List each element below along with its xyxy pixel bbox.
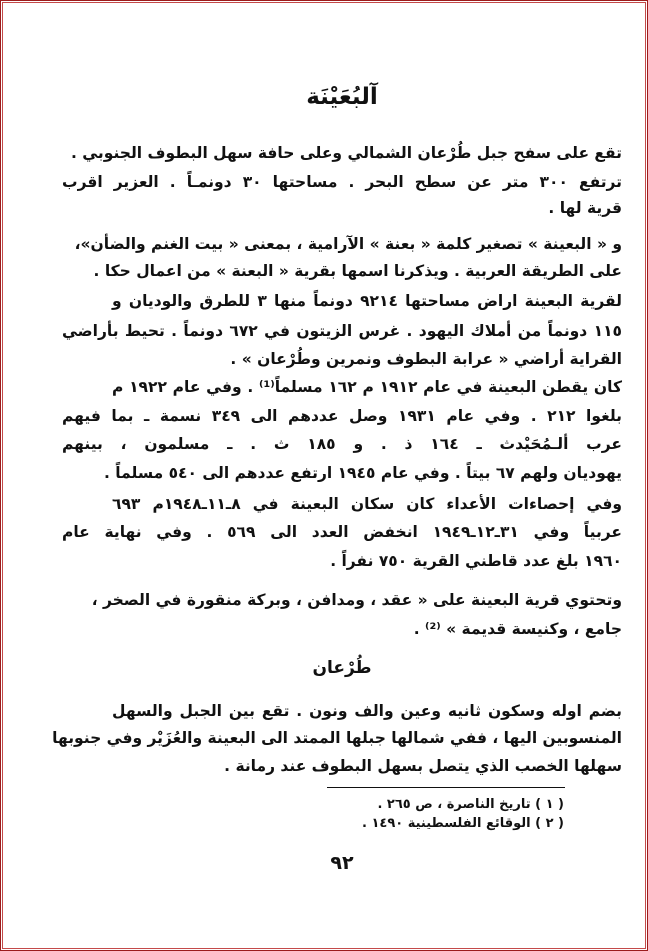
paragraph-line: وتحتوي قرية البعينة على « عقد ، ومدافن ،… <box>112 589 622 611</box>
paragraph-line: بضم اوله وسكون ثانيه وعين والف ونون . تق… <box>112 700 622 722</box>
footnote-1: ( ١ ) تاريخ الناصرة ، ص ٢٦٥ . <box>377 796 564 813</box>
paragraph-line: وفي إحصاءات الأعداء كان سكان البعينة في … <box>112 493 622 515</box>
paragraph-line: عرب ألـمُحَيْدث ـ ١٦٤ ذ . و ١٨٥ ث . ـ مس… <box>62 433 622 455</box>
section-subtitle: طُرْعان <box>62 658 622 678</box>
footnote-2: ( ٢ ) الوقائع الفلسطينية ١٤٩٠ . <box>362 815 564 832</box>
page-number: ٩٢ <box>62 852 622 874</box>
paragraph-line: تقع على سفح جبل طُرْعان الشمالي وعلى حاف… <box>112 142 622 164</box>
paragraph-line: كان يقطن البعينة في عام ١٩١٢ م ١٦٢ مسلما… <box>112 376 622 398</box>
paragraph-line: على الطريقة العربية . ويذكرنا اسمها بقري… <box>112 260 622 282</box>
paragraph-line: عربياً وفي ٣١ـ١٢ـ١٩٤٩ انخفض العدد الى ٥٦… <box>62 521 622 543</box>
paragraph-line: جامع ، وكنيسة قديمة » ⁽²⁾ . <box>62 618 622 640</box>
paragraph-line: ١١٥ دونماً من أملاك اليهود . غرس الزيتون… <box>62 320 622 342</box>
paragraph-line: المنسوبين اليها ، ففي شمالها جبلها الممت… <box>62 727 622 749</box>
footnote-separator <box>327 787 565 788</box>
paragraph-line: ترتفع ٣٠٠ متر عن سطح البحر . مساحتها ٣٠ … <box>62 171 622 193</box>
paragraph-line: يهوديان ولهم ٦٧ بيتاً . وفي عام ١٩٤٥ ارت… <box>62 462 622 484</box>
page-title: آلبُعَيْنَة <box>62 84 622 110</box>
paragraph-line: القراية أراضي « عرابة البطوف ونمرين وطُر… <box>62 348 622 370</box>
paragraph-line: قرية لها . <box>62 197 622 219</box>
paragraph-line: سهلها الخصب الذي يتصل بسهل البطوف عند رم… <box>62 755 622 777</box>
paragraph-line: لقرية البعينة اراض مساحتها ٩٢١٤ دونماً م… <box>112 290 622 312</box>
paragraph-line: بلغوا ٢١٢ . وفي عام ١٩٣١ وصل عددهم الى ٣… <box>62 405 622 427</box>
paragraph-line: ١٩٦٠ بلغ عدد قاطني القرية ٧٥٠ نفراً . <box>62 550 622 572</box>
paragraph-line: و « البعينة » تصغير كلمة « بعنة » الآرام… <box>112 233 622 255</box>
